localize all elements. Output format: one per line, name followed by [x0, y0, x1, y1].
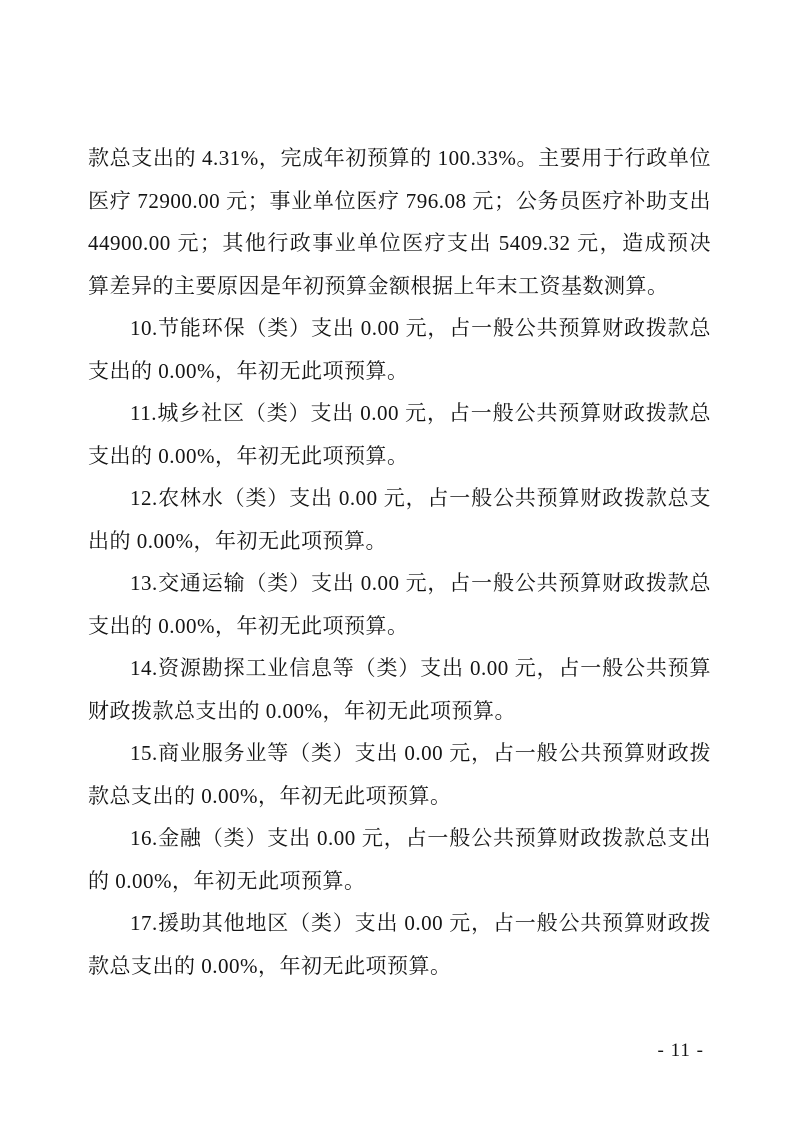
- expense-item-11: 11.城乡社区（类）支出 0.00 元，占一般公共预算财政拨款总支出的 0.00…: [88, 392, 711, 477]
- document-body: 款总支出的 4.31%，完成年初预算的 100.33%。主要用于行政单位医疗 7…: [88, 137, 711, 987]
- expense-item-15: 15.商业服务业等（类）支出 0.00 元，占一般公共预算财政拨款总支出的 0.…: [88, 732, 711, 817]
- document-page: 款总支出的 4.31%，完成年初预算的 100.33%。主要用于行政单位医疗 7…: [0, 0, 793, 1122]
- expense-item-10: 10.节能环保（类）支出 0.00 元，占一般公共预算财政拨款总支出的 0.00…: [88, 307, 711, 392]
- paragraph-continuation: 款总支出的 4.31%，完成年初预算的 100.33%。主要用于行政单位医疗 7…: [88, 137, 711, 307]
- page-number: - 11 -: [88, 1040, 704, 1062]
- expense-item-13: 13.交通运输（类）支出 0.00 元，占一般公共预算财政拨款总支出的 0.00…: [88, 562, 711, 647]
- expense-item-12: 12.农林水（类）支出 0.00 元，占一般公共预算财政拨款总支出的 0.00%…: [88, 477, 711, 562]
- expense-item-14: 14.资源勘探工业信息等（类）支出 0.00 元，占一般公共预算财政拨款总支出的…: [88, 647, 711, 732]
- expense-item-17: 17.援助其他地区（类）支出 0.00 元，占一般公共预算财政拨款总支出的 0.…: [88, 902, 711, 987]
- expense-item-16: 16.金融（类）支出 0.00 元，占一般公共预算财政拨款总支出的 0.00%，…: [88, 817, 711, 902]
